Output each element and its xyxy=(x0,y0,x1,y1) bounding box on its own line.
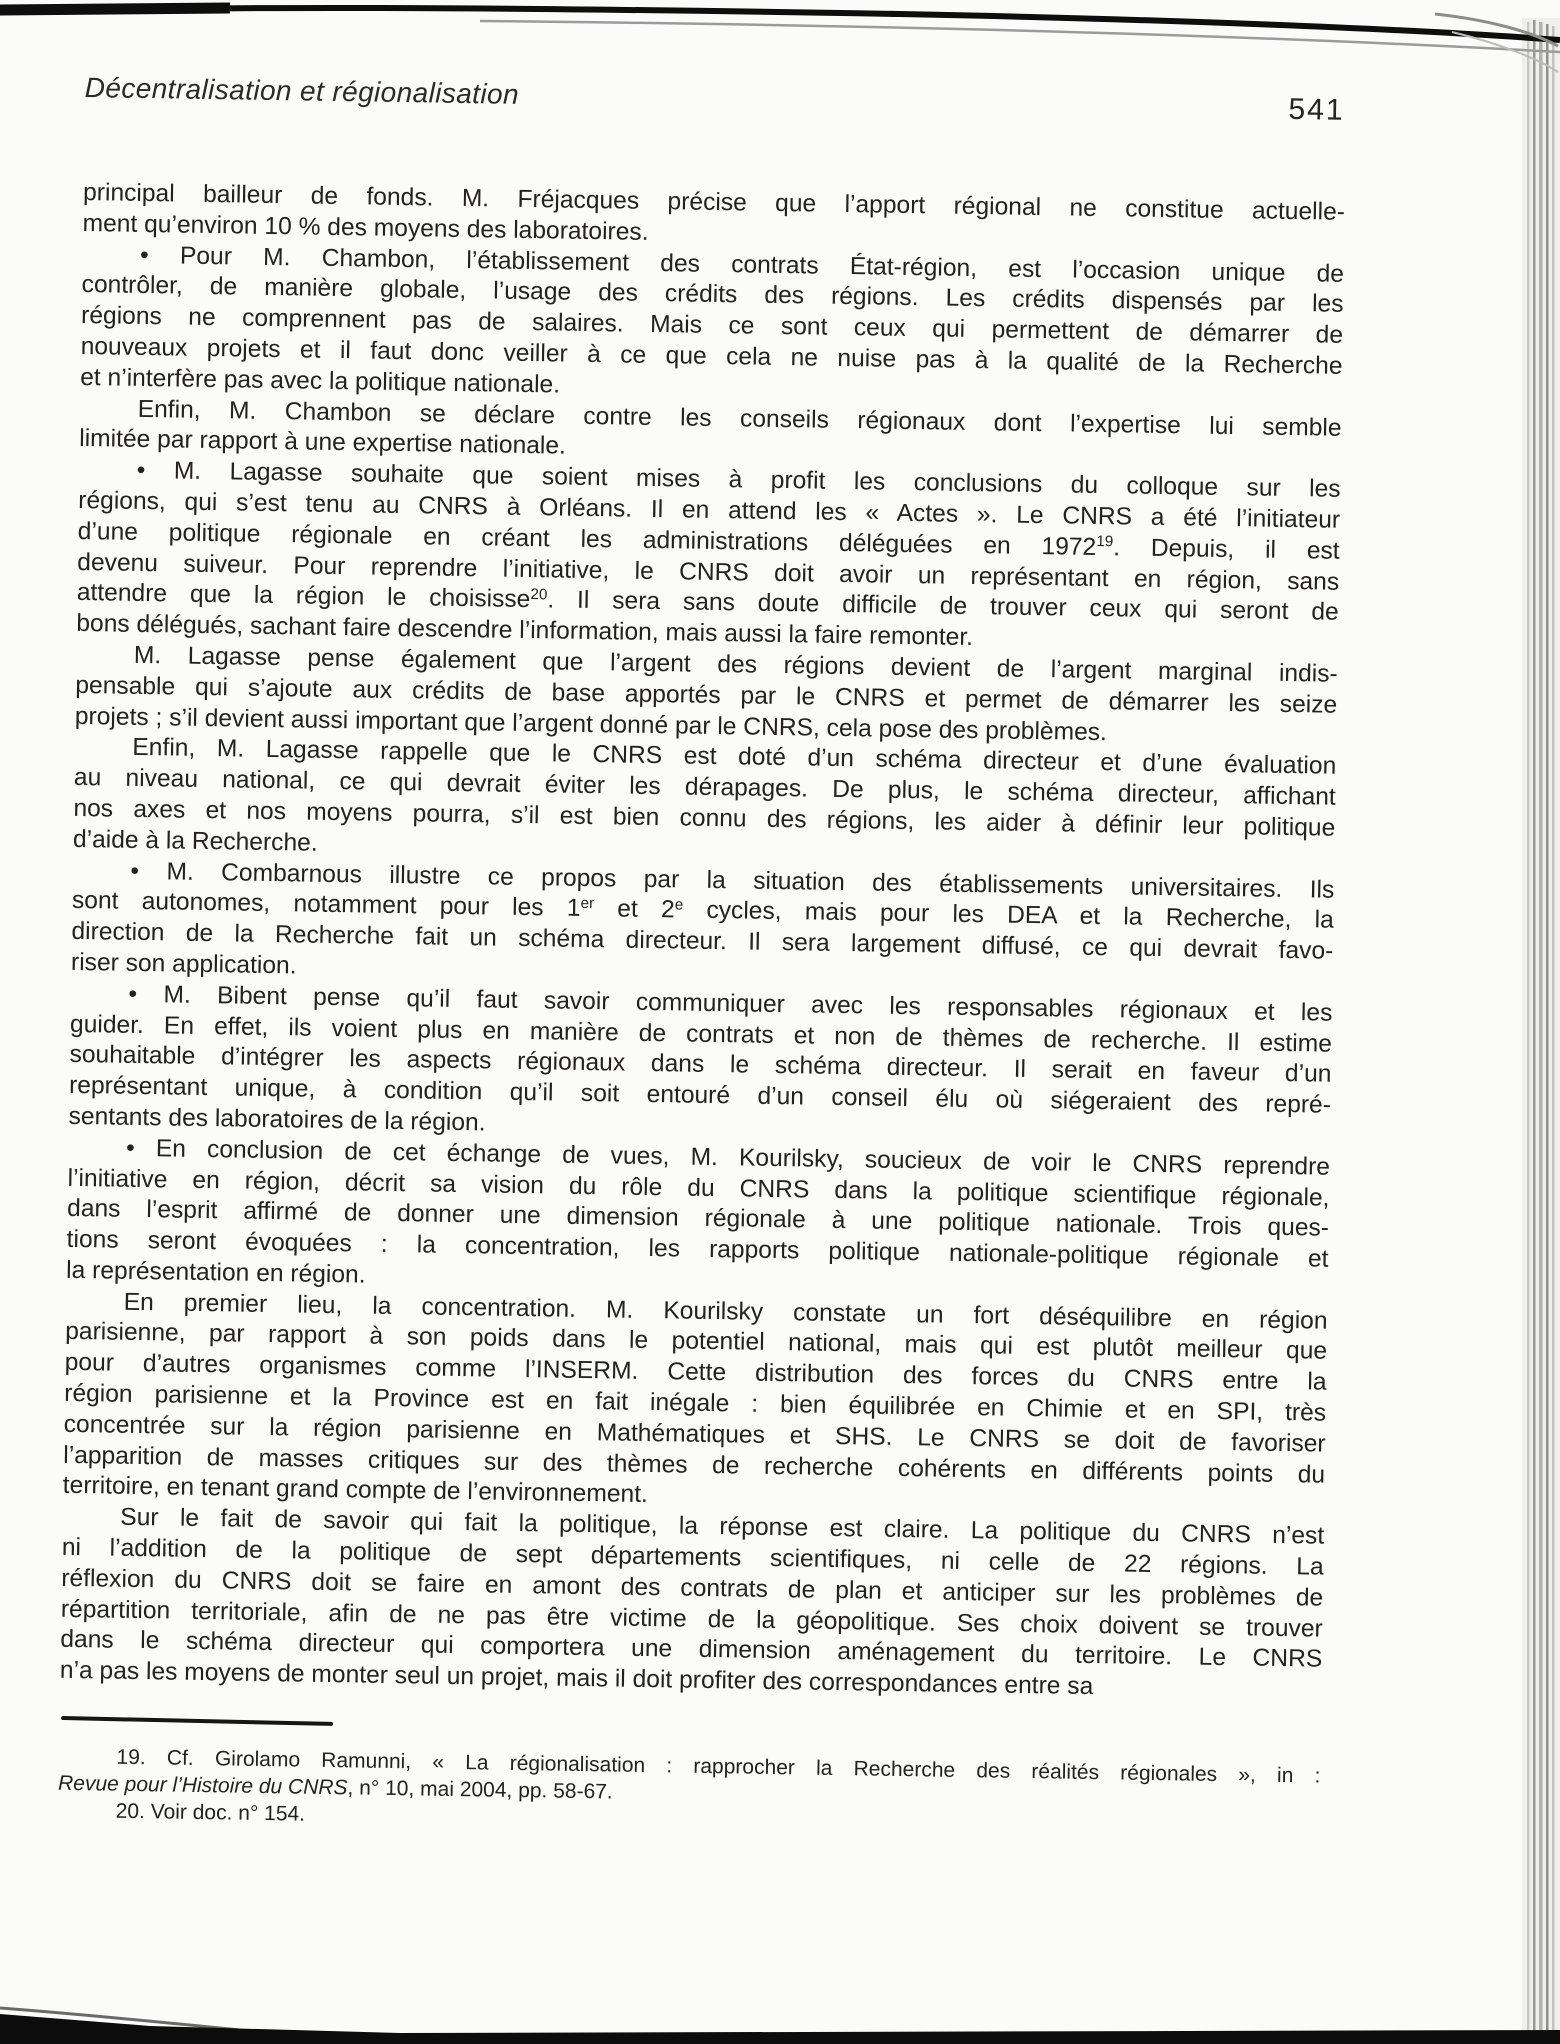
scan-edge-top xyxy=(0,8,1560,40)
page-header: Décentralisation et régionalisation 541 xyxy=(84,72,1346,128)
footnotes: 19. Cf. Girolamo Ramunni, « La régionali… xyxy=(57,1743,1320,1844)
footnote-separator xyxy=(61,1716,333,1726)
page-curl-gray-2 xyxy=(1435,14,1558,46)
paragraphs: principal bailleur de fonds. M. Fréjacqu… xyxy=(60,178,1346,1707)
paragraph: • M. Lagasse souhaite que soient mises à… xyxy=(76,455,1341,660)
page-curl-gray xyxy=(480,21,1560,52)
page-edge-right xyxy=(1522,18,1560,2036)
paragraph: • M. Combarnous illustre ce propos par l… xyxy=(71,855,1335,998)
paragraph: • M. Bibent pense qu’il faut savoir comm… xyxy=(68,979,1332,1153)
paragraph: • Pour M. Chambon, l’établissement des c… xyxy=(80,240,1344,414)
page-title: Décentralisation et régionalisation xyxy=(84,72,1346,124)
page-curl-gray-3 xyxy=(1452,32,1558,72)
page-content: Décentralisation et régionalisation 541 … xyxy=(57,72,1346,1844)
scan-edge-bottom xyxy=(0,2014,1560,2044)
paragraph: En premier lieu, la concentration. M. Ko… xyxy=(63,1287,1328,1522)
scan-edge-top-left-thick xyxy=(0,8,230,10)
paragraph: Enfin, M. Lagasse rappelle que le CNRS e… xyxy=(73,732,1337,875)
scan-edge-bottom-smudge xyxy=(0,2008,240,2030)
paragraph: Sur le fait de savoir qui fait la politi… xyxy=(60,1502,1325,1707)
scanned-page: Décentralisation et régionalisation 541 … xyxy=(0,0,1560,2044)
paragraph: • En conclusion de cet échange de vues, … xyxy=(66,1133,1330,1307)
page-number: 541 xyxy=(1288,93,1345,128)
